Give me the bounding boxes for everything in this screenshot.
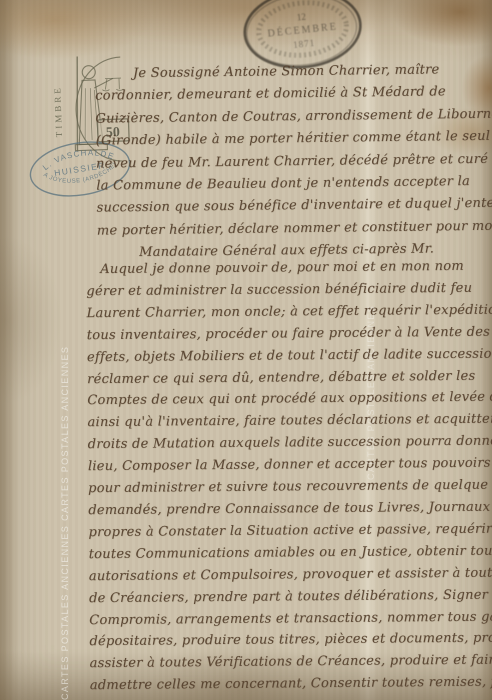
manuscript-line: admettre celles me concernant, Consentir…	[90, 671, 492, 697]
manuscript-line: Auquel je donne pouvoir de, pour moi et …	[100, 255, 492, 281]
manuscript-line: tous inventaires, procéder ou faire proc…	[87, 321, 492, 347]
manuscript-line: effets, objets Mobiliers et de tout l'ac…	[87, 342, 492, 368]
document-page: 12 DÉCEMBRE 1871 50 TIMBRE	[0, 0, 492, 700]
date-stamp-line2: DÉCEMBRE	[267, 20, 338, 39]
manuscript-line: gérer et administrer la succession bénéf…	[86, 277, 492, 303]
manuscript-line: Laurent Charrier, mon oncle; à cet effet…	[86, 299, 492, 325]
manuscript-line: de Créanciers, prendre part à toutes dél…	[89, 583, 492, 609]
manuscript-paragraph-2: Auquel je donne pouvoir de, pour moi et …	[86, 255, 492, 697]
manuscript-line: toutes Communications amiables ou en Jus…	[89, 540, 492, 566]
manuscript-paragraph-1: Je Soussigné Antoine Simon Charrier, maî…	[95, 58, 492, 265]
manuscript-line: propres à Constater la Situation active …	[88, 518, 492, 544]
watermark-center: CARTES POSTALES ANCIENNES	[366, 248, 380, 480]
date-stamp-line1: 12	[296, 12, 306, 23]
date-stamp-line3: 1871	[293, 38, 316, 50]
revenue-stamp-label: TIMBRE	[52, 85, 64, 137]
watermark-left: CARTES POSTALES ANCIENNES CARTES POSTALE…	[60, 278, 76, 700]
manuscript-line: demandés, prendre Connaissance de tous L…	[88, 496, 492, 522]
manuscript-line: autorisations et Compulsoires, provoquer…	[89, 562, 492, 588]
